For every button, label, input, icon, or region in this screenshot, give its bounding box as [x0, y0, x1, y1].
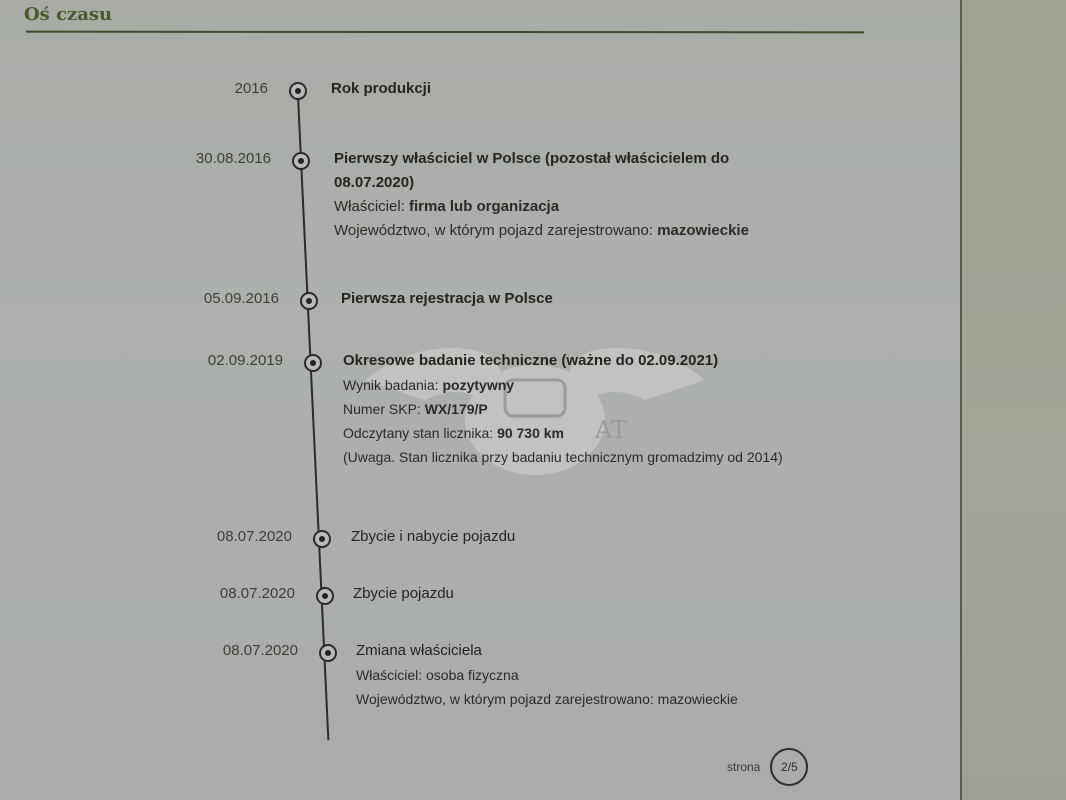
event-title: Pierwszy właściciel w Polsce (pozostał w…	[334, 147, 764, 195]
event-date: 08.07.2020	[155, 585, 295, 602]
detail-label: Wynik badania:	[343, 377, 439, 393]
event-title: Zbycie pojazdu	[353, 582, 873, 606]
event-date: 2016	[128, 80, 268, 97]
event-date: 08.07.2020	[158, 642, 298, 659]
event-detail: Numer SKP: WX/179/P	[343, 397, 793, 421]
pagination: strona 2/5	[727, 748, 808, 786]
page-indicator[interactable]: 2/5	[770, 748, 808, 786]
timeline-dot-icon	[313, 530, 331, 548]
event-title: Pierwsza rejestracja w Polsce	[341, 287, 861, 311]
event-date: 30.08.2016	[131, 150, 271, 167]
event-detail: Odczytany stan licznika: 90 730 km	[343, 421, 793, 445]
event-title: Rok produkcji	[331, 77, 851, 101]
detail-value: firma lub organizacja	[409, 198, 559, 215]
timeline-dot-icon	[319, 644, 337, 662]
detail-label: Województwo, w którym pojazd zarejestrow…	[356, 691, 654, 707]
screen: Oś czasu AT 2016Rok produkcji30.08.2016P…	[0, 0, 960, 800]
event-detail: Właściciel: osoba fizyczna	[356, 663, 876, 687]
timeline-dot-icon	[316, 587, 334, 605]
detail-value: WX/179/P	[425, 401, 488, 417]
event-date: 08.07.2020	[152, 528, 292, 545]
event-detail: Województwo, w którym pojazd zarejestrow…	[356, 687, 876, 711]
pagination-label: strona	[727, 760, 760, 774]
detail-value: pozytywny	[442, 377, 514, 393]
timeline-dot-icon	[289, 82, 307, 100]
event-title: Zmiana właściciela	[356, 639, 876, 663]
event-date: 02.09.2019	[143, 352, 283, 369]
timeline-dot-icon	[304, 354, 322, 372]
detail-value: 90 730 km	[497, 425, 564, 441]
detail-value: osoba fizyczna	[426, 667, 519, 683]
event-detail: (Uwaga. Stan licznika przy badaniu techn…	[343, 445, 793, 469]
event-detail: Województwo, w którym pojazd zarejestrow…	[334, 219, 764, 243]
event-title: Zbycie i nabycie pojazdu	[351, 525, 871, 549]
event-detail: Właściciel: firma lub organizacja	[334, 195, 764, 219]
detail-value: mazowieckie	[657, 222, 749, 239]
header-divider	[26, 31, 864, 34]
timeline-dot-icon	[300, 292, 318, 310]
event-detail: Wynik badania: pozytywny	[343, 373, 793, 397]
detail-label: Odczytany stan licznika:	[343, 425, 493, 441]
detail-label: Województwo, w którym pojazd zarejestrow…	[334, 222, 653, 239]
detail-value: mazowieckie	[658, 691, 738, 707]
detail-label: Numer SKP:	[343, 401, 421, 417]
section-title: Oś czasu	[24, 4, 112, 25]
event-date: 05.09.2016	[139, 290, 279, 307]
timeline-dot-icon	[292, 152, 310, 170]
detail-label: (Uwaga. Stan licznika przy badaniu techn…	[343, 449, 783, 465]
event-title: Okresowe badanie techniczne (ważne do 02…	[343, 349, 793, 373]
detail-label: Właściciel:	[356, 667, 422, 683]
detail-label: Właściciel:	[334, 198, 405, 215]
monitor-bezel	[960, 0, 1066, 800]
